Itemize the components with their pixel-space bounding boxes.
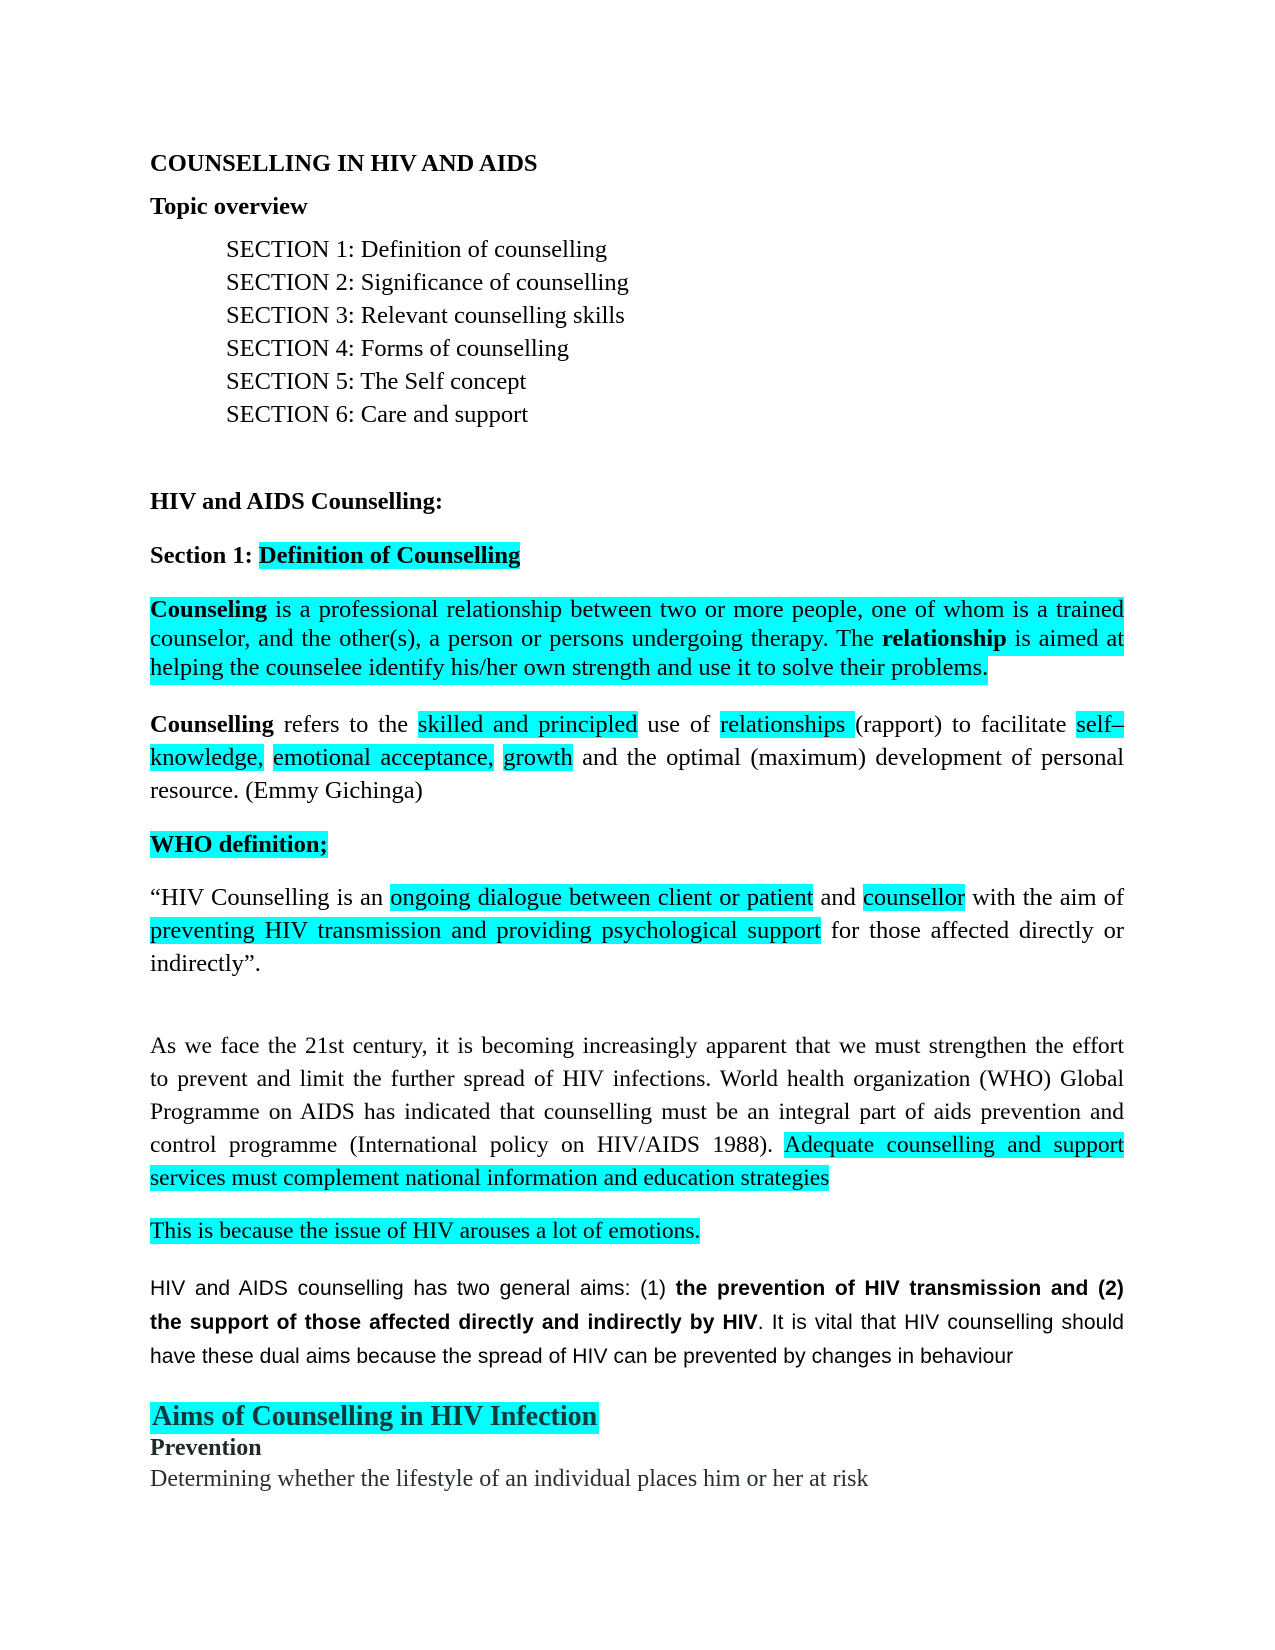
topic-list-item: SECTION 6: Care and support (226, 403, 528, 428)
paragraph-line: As we face the 21st century, it is becom… (150, 1035, 1124, 1059)
paragraph-line: HIV and AIDS counselling has two general… (150, 1278, 1124, 1299)
topic-list-item: SECTION 2: Significance of counselling (226, 271, 629, 296)
paragraph-line: have these dual aims because the spread … (150, 1346, 1013, 1367)
section-1-heading: Section 1: Definition of Counselling (150, 544, 520, 569)
hiv-aids-counselling-heading: HIV and AIDS Counselling: (150, 490, 443, 515)
emotions-line: This is because the issue of HIV arouses… (150, 1220, 700, 1244)
aims-of-counselling-heading: Aims of Counselling in HIV Infection (150, 1402, 599, 1434)
document-page: COUNSELLING IN HIV AND AIDS Topic overvi… (0, 0, 1275, 1650)
paragraph-line: indirectly”. (150, 952, 261, 977)
topic-list-item: SECTION 4: Forms of counselling (226, 337, 569, 362)
paragraph-line: helping the counselee identify his/her o… (150, 655, 988, 685)
who-definition-heading: WHO definition; (150, 833, 328, 858)
paragraph-line: Counseling is a professional relationshi… (150, 597, 1124, 627)
paragraph-line: “HIV Counselling is an ongoing dialogue … (150, 886, 1124, 911)
prevention-text: Determining whether the lifestyle of an … (150, 1467, 868, 1491)
paragraph-line: resource. (Emmy Gichinga) (150, 779, 423, 804)
topic-list-item: SECTION 3: Relevant counselling skills (226, 304, 625, 329)
paragraph-line: services must complement national inform… (150, 1167, 829, 1191)
topic-overview-heading: Topic overview (150, 195, 308, 220)
paragraph-line: counselor, and the other(s), a person or… (150, 626, 1124, 656)
topic-list-item: SECTION 5: The Self concept (226, 370, 526, 395)
paragraph-line: to prevent and limit the further spread … (150, 1068, 1124, 1092)
paragraph-line: Programme on AIDS has indicated that cou… (150, 1101, 1124, 1125)
paragraph-line: preventing HIV transmission and providin… (150, 919, 1124, 944)
paragraph-line: the support of those affected directly a… (150, 1312, 1124, 1333)
paragraph-line: control programme (International policy … (150, 1134, 1124, 1158)
paragraph-line: knowledge, emotional acceptance, growth … (150, 746, 1124, 771)
prevention-heading: Prevention (150, 1436, 262, 1460)
section-1-title: Definition of Counselling (259, 542, 520, 569)
topic-list-item: SECTION 1: Definition of counselling (226, 238, 607, 263)
paragraph-line: Counselling refers to the skilled and pr… (150, 713, 1124, 738)
document-title: COUNSELLING IN HIV AND AIDS (150, 152, 538, 177)
section-1-label: Section 1: (150, 542, 253, 569)
